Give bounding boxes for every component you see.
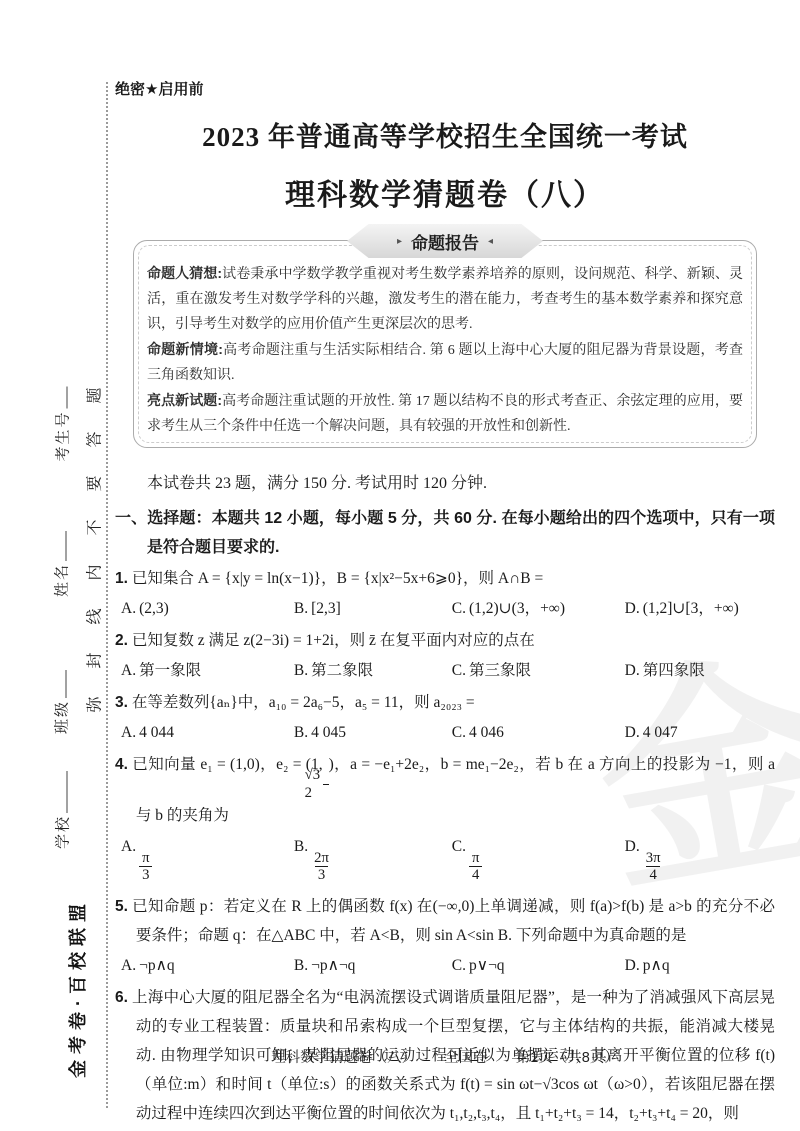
question-number: 3. <box>115 694 128 711</box>
seal-char: 线 <box>81 608 104 624</box>
question-2: 2. 已知复数 z 满足 z(2−3i) = 1+2i，则 z̄ 在复平面内对应… <box>115 626 775 655</box>
report-item-label: 亮点新试题: <box>147 392 222 408</box>
seal-char: 内 <box>81 564 104 580</box>
question-2-options: A.第一象限 B.第二象限 C.第三象限 D.第四象限 <box>115 656 775 686</box>
section-title: 一、选择题：本题共 12 小题，每小题 5 分，共 60 分. 在每小题给出的四… <box>115 504 775 562</box>
field-class: 班级 <box>51 670 72 734</box>
question-stem: 在等差数列{aₙ}中，a₁₀ = 2a₆−5，a₅ = 11，则 a₂₀₂₃ = <box>132 694 475 711</box>
question-number: 1. <box>115 570 128 587</box>
report-item-text: 高考命题注重试题的开放性. 第 17 题以结构不良的形式考查正、余弦定理的应用，… <box>147 394 743 434</box>
page-subtitle: 理科数学猜题卷（八） <box>115 170 775 214</box>
banner-right-arrow-icon: ◂ <box>488 236 493 247</box>
option-d: D.第四象限 <box>625 656 775 686</box>
question-3-options: A.4 044 B.4 045 C.4 046 D.4 047 <box>115 718 775 748</box>
option-a: A.¬p∧q <box>121 951 294 981</box>
option-b: B.第二象限 <box>294 656 452 686</box>
field-school: 学校 <box>52 771 73 849</box>
confidential-label: 绝密★启用前 <box>115 78 775 99</box>
option-b: B.[2,3] <box>294 594 452 624</box>
option-d: D.(1,2]∪[3，+∞) <box>625 594 775 624</box>
publisher-brand: 金考卷·百校联盟 <box>64 898 90 1078</box>
exam-page: 绝密★启用前 2023 年普通高等学校招生全国统一考试 理科数学猜题卷（八） ▸… <box>115 78 775 1128</box>
question-stem: 已知集合 A = {x|y = ln(x−1)}，B = {x|x²−5x+6⩾… <box>132 570 543 587</box>
option-b: B.2π3 <box>294 839 452 883</box>
page-title: 2023 年普通高等学校招生全国统一考试 <box>115 115 775 154</box>
report-item-label: 命题新情境: <box>147 341 223 357</box>
field-label: 姓名 <box>55 563 71 597</box>
option-c: C.(1,2)∪(3，+∞) <box>452 594 625 624</box>
seal-char: 不 <box>81 520 104 536</box>
option-b: B.¬p∧¬q <box>294 951 452 981</box>
question-stem: 已知命题 p：若定义在 R 上的偶函数 f(x) 在(−∞,0)上单调递减，则 … <box>132 898 775 944</box>
report-item-label: 命题人猜想: <box>147 265 222 281</box>
question-5: 5. 已知命题 p：若定义在 R 上的偶函数 f(x) 在(−∞,0)上单调递减… <box>115 892 775 950</box>
report-banner: ▸ 命题报告 ◂ <box>347 224 543 258</box>
question-1: 1. 已知集合 A = {x|y = ln(x−1)}，B = {x|x²−5x… <box>115 564 775 593</box>
footer-page-number: 第1页（共8页） <box>516 1050 619 1066</box>
question-number: 2. <box>115 632 128 649</box>
question-1-options: A.(2,3) B.[2,3] C.(1,2)∪(3，+∞) D.(1,2]∪[… <box>115 594 775 624</box>
report-box: ▸ 命题报告 ◂ 命题人猜想:试卷秉承中学数学教学重视对考生数学素养培养的原则，… <box>133 240 757 448</box>
option-a: A.(2,3) <box>121 594 294 624</box>
exam-intro: 本试卷共 23 题，满分 150 分. 考试用时 120 分钟. <box>115 470 775 498</box>
field-label: 学校 <box>56 815 72 849</box>
report-item: 亮点新试题:高考命题注重试题的开放性. 第 17 题以结构不良的形式考查正、余弦… <box>147 388 743 439</box>
question-number: 5. <box>115 898 128 915</box>
option-c: C.π4 <box>452 839 625 883</box>
seal-dotted-line <box>106 82 108 1108</box>
option-a: A.4 044 <box>121 718 294 748</box>
seal-text-column: 题 答 要 不 内 线 封 弥 <box>82 384 104 716</box>
field-underline <box>55 670 67 698</box>
option-fraction: π4 <box>469 850 482 884</box>
field-label: 考生号 <box>56 410 72 461</box>
page-footer: 理科数学猜题卷（八） 全国卷 第1页（共8页） <box>115 1046 775 1067</box>
option-c: C.p∨¬q <box>452 951 625 981</box>
footer-edition: 全国卷 <box>444 1050 488 1066</box>
seal-char: 题 <box>81 387 104 403</box>
report-item: 命题人猜想:试卷秉承中学数学教学重视对考生数学素养培养的原则，设问规范、科学、新… <box>147 261 743 337</box>
question-stem: 已知向量 e₁ = (1,0)，e₂ = (1, <box>132 756 322 773</box>
seal-char: 要 <box>81 476 104 492</box>
banner-left-arrow-icon: ▸ <box>397 236 402 247</box>
field-underline <box>56 386 68 408</box>
seal-char: 答 <box>81 432 104 448</box>
field-candidate-number: 考生号 <box>52 386 73 461</box>
question-stem: 已知复数 z 满足 z(2−3i) = 1+2i，则 z̄ 在复平面内对应的点在 <box>132 632 535 649</box>
option-fraction: π3 <box>139 850 152 884</box>
field-underline <box>56 771 68 813</box>
option-fraction: 2π3 <box>311 850 332 884</box>
seal-char: 弥 <box>81 696 104 712</box>
question-4: 4. 已知向量 e₁ = (1,0)，e₂ = (1,√32)，a = −e₁+… <box>115 750 775 830</box>
report-item-text: 试卷秉承中学数学教学重视对考生数学素养培养的原则，设问规范、科学、新颖、灵活，重… <box>147 267 743 332</box>
option-fraction: 3π4 <box>643 850 664 884</box>
field-label: 班级 <box>55 700 71 734</box>
option-c: C.4 046 <box>452 718 625 748</box>
option-c: C.第三象限 <box>452 656 625 686</box>
report-item-text: 高考命题注重与生活实际相结合. 第 6 题以上海中心大厦的阻尼器为背景设题，考查… <box>147 343 743 383</box>
report-banner-title: 命题报告 <box>411 229 479 254</box>
report-item: 命题新情境:高考命题注重与生活实际相结合. 第 6 题以上海中心大厦的阻尼器为背… <box>147 337 743 388</box>
option-d: D.4 047 <box>625 718 775 748</box>
option-d: D.p∧q <box>625 951 775 981</box>
question-5-options: A.¬p∧q B.¬p∧¬q C.p∨¬q D.p∧q <box>115 951 775 981</box>
question-4-options: A.π3 B.2π3 C.π4 D.3π4 <box>115 831 775 889</box>
option-b: B.4 045 <box>294 718 452 748</box>
question-number: 6. <box>115 989 128 1006</box>
question-number: 4. <box>115 756 128 773</box>
field-underline <box>55 531 67 561</box>
field-name: 姓名 <box>51 531 72 597</box>
seal-char: 封 <box>81 652 104 668</box>
option-a: A.π3 <box>121 839 294 883</box>
question-3: 3. 在等差数列{aₙ}中，a₁₀ = 2a₆−5，a₅ = 11，则 a₂₀₂… <box>115 688 775 717</box>
option-a: A.第一象限 <box>121 656 294 686</box>
footer-paper-name: 理科数学猜题卷（八） <box>271 1050 416 1066</box>
option-d: D.3π4 <box>625 839 775 883</box>
